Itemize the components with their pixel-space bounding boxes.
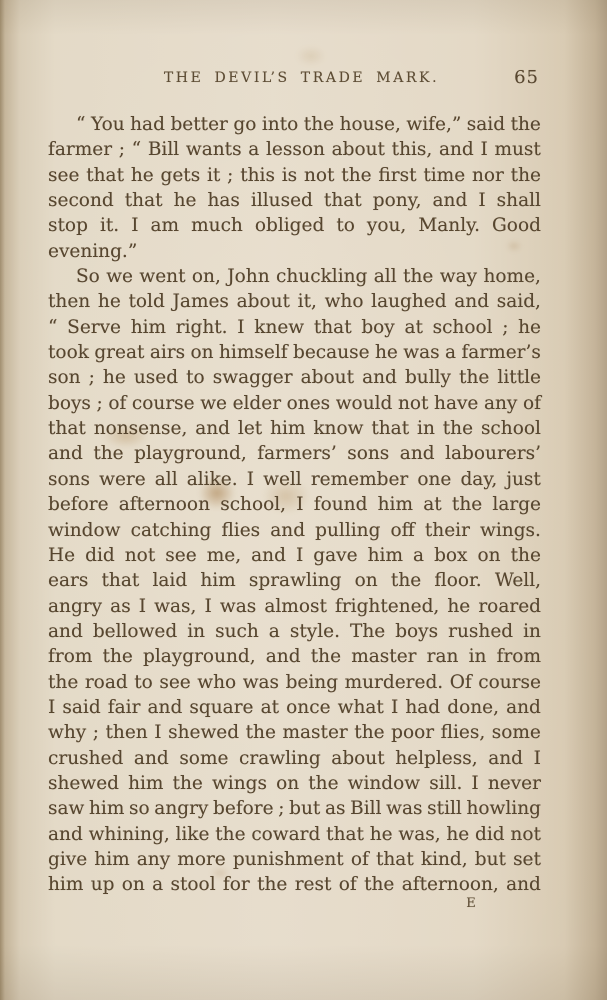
text-line: seethathegetsit;thisisnotthefirsttimenor… <box>48 163 541 188</box>
text-line: “Servehimright.Iknewthatboyatschool;he <box>48 315 541 340</box>
text-line: evening.” <box>48 239 541 264</box>
text-line: Hedidnotseeme,andIgavehimaboxonthe <box>48 543 541 568</box>
text-line: son;heusedtoswaggeraboutandbullythelittl… <box>48 365 541 390</box>
text-line: windowcatchingfliesandpullingofftheirwin… <box>48 518 541 543</box>
text-line: “Youhadbettergointothehouse,wife,”saidth… <box>48 112 541 137</box>
page-header: THE DEVIL’S TRADE MARK. 65 <box>48 70 541 94</box>
text-line: andtheplayground,farmers’sonsandlabourer… <box>48 441 541 466</box>
text-line: fromtheplayground,andthemasterraninfrom <box>48 644 541 669</box>
text-line: Sowewenton,Johnchucklingallthewayhome, <box>48 264 541 289</box>
running-title: THE DEVIL’S TRADE MARK. <box>48 70 541 86</box>
text-line: farmer;“Billwantsalessonaboutthis,andImu… <box>48 137 541 162</box>
signature-mark: E <box>461 896 481 911</box>
text-line: thatnonsense,andlethimknowthatintheschoo… <box>48 416 541 441</box>
text-line: andbellowedinsuchastyle.Theboysrushedin <box>48 619 541 644</box>
text-line: givehimanymorepunishmentofthatkind,butse… <box>48 847 541 872</box>
text-line: andwhining,likethecowardthathewas,hedidn… <box>48 822 541 847</box>
text-line: angryasIwas,Iwasalmostfrightened,heroare… <box>48 594 541 619</box>
foxing-stain <box>296 46 326 66</box>
text-line: crushedandsomecrawlingabouthelpless,andI <box>48 746 541 771</box>
text-line: why;thenIshewedthemasterthepoorflies,som… <box>48 720 541 745</box>
body-text: “Youhadbettergointothehouse,wife,”saidth… <box>48 112 541 898</box>
book-page: THE DEVIL’S TRADE MARK. 65 “Youhadbetter… <box>0 0 607 1000</box>
text-line: sawhimsoangrybefore;butasBillwasstillhow… <box>48 796 541 821</box>
text-line: theroadtoseewhowasbeingmurdered.Ofcourse <box>48 670 541 695</box>
text-line: beforeafternoonschool,Ifoundhimatthelarg… <box>48 492 541 517</box>
paragraph: Sowewenton,Johnchucklingallthewayhome,th… <box>48 264 541 898</box>
text-line: boys;ofcourseweelderoneswouldnothaveanyo… <box>48 391 541 416</box>
text-line: secondthathehasillusedthatpony,andIshall <box>48 188 541 213</box>
text-line: thenhetoldJamesaboutit,wholaughedandsaid… <box>48 289 541 314</box>
text-line: IsaidfairandsquareatoncewhatIhaddone,and <box>48 695 541 720</box>
text-line: shewedhimthewingsonthewindowsill.Inever <box>48 771 541 796</box>
text-line: sonswereallalike.Iwellrememberoneday,jus… <box>48 467 541 492</box>
page-number: 65 <box>514 67 539 88</box>
paragraph: “Youhadbettergointothehouse,wife,”saidth… <box>48 112 541 264</box>
text-line: tookgreatairsonhimselfbecausehewasafarme… <box>48 340 541 365</box>
text-line: earsthatlaidhimsprawlingonthefloor.Well, <box>48 568 541 593</box>
text-line: himuponastoolfortherestoftheafternoon,an… <box>48 872 541 897</box>
text-line: stopit.Iammuchobligedtoyou,Manly.Good <box>48 213 541 238</box>
